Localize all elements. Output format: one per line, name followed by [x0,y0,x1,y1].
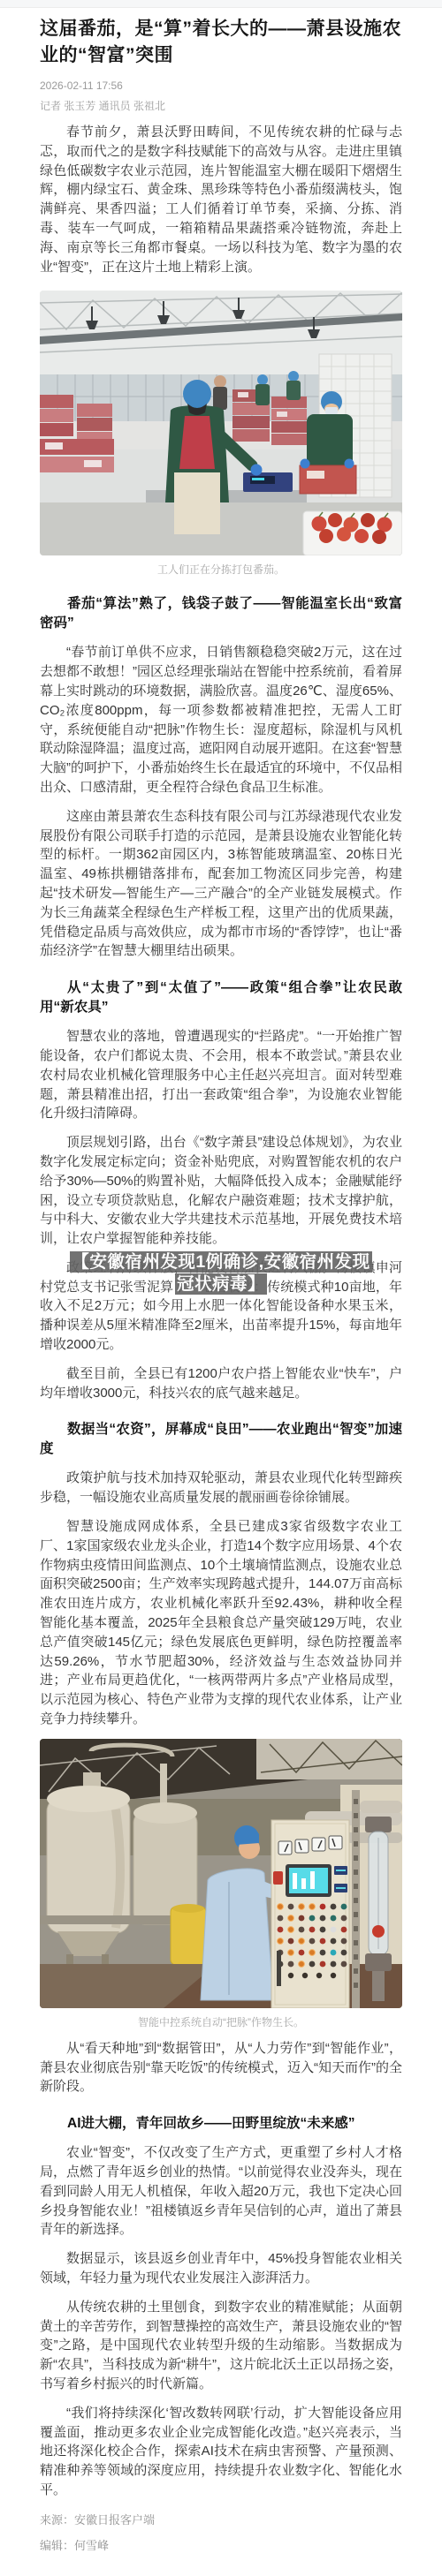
article-paragraph: 春节前夕，萧县沃野田畴间，不见传统农耕的忙碌与忐忑，取而代之的是数字科技赋能下的… [40,123,402,276]
article-paragraph: 顶层规划引路，出台《“数字萧县”建设总体规划》，为农业数字化发展定标定向；资金补… [40,1133,402,1249]
article-content: 这届番茄，是“算”着长大的——萧县设施农业的“智富”突围 2026-02-11 … [0,16,442,2576]
article-footer: 来源：安徽日报客户端 编辑：何雪峰 [40,2512,402,2553]
page-title: 这届番茄，是“算”着长大的——萧县设施农业的“智富”突围 [40,16,402,69]
section-heading-2: 从“太贵了”到“太值了”——政策“组合拳”让农民敢用“新农具” [40,978,402,1017]
article-paragraph: 政策护航与技术加持双轮驱动，萧县农业现代化转型蹄疾步稳，一幅设施农业高质量发展的… [40,1469,402,1507]
top-divider [0,0,442,8]
article-paragraph: “春节前订单供不应求，日销售额稳稳突破2万元，这在过去想都不敢想！”园区总经理张… [40,643,402,797]
section-heading-4: AI进大棚，青年回故乡——田野里绽放“未来感” [40,2114,402,2134]
article-photo-1 [40,291,402,555]
control-room-photo-illustration [40,1739,402,2008]
control-cabinet [271,1820,349,2008]
article-paragraph: 农业“智变”，不仅改变了生产方式，更重塑了乡村人才格局，点燃了青年返乡创业的热情… [40,2143,402,2240]
watermark-overlay: 【安徽宿州发现1例确诊,安徽宿州发现 冠状病毒】 [49,1251,393,1296]
section-heading-1: 番茄“算法”熟了，钱袋子鼓了——智能温室长出“致富密码” [40,594,402,633]
article-paragraph: 智慧设施成网成体系，全县已建成3家省级数字农业工厂、1家国家级农业龙头企业，打造… [40,1517,402,1729]
article-paragraph: 从“看天种地”到“数据管田”，从“人力劳作”到“智能作业”，萧县农业彻底告别“靠… [40,2039,402,2096]
byline: 记者 张玉芳 通讯员 张祖北 [40,100,402,113]
article-paragraph: 这座由萧县萧农生态科技有限公司与江苏绿港现代农业发展股份有限公司联手打造的示范园… [40,807,402,961]
article-paragraph: 从传统农耕的土里刨食，到数字农业的精准赋能；从面朝黄土的辛苦劳作，到智慧操控的高… [40,2298,402,2394]
photo-caption-2: 智能中控系统自动“把脉”作物生长。 [40,2016,402,2029]
packing-hall-photo-illustration [40,291,402,555]
source-line: 来源：安徽日报客户端 [40,2512,402,2527]
section-heading-3: 数据当“农资”，屏幕成“良田”——农业跑出“智变”加速度 [40,1420,402,1459]
watermark-line-1: 【安徽宿州发现1例确诊,安徽宿州发现 [70,1251,371,1273]
article-paragraph: 数据显示，该县返乡创业青年中，45%投身智能农业相关领域，年轻力量为现代农业发展… [40,2249,402,2288]
paragraph-with-watermark: 【安徽宿州发现1例确诊,安徽宿州发现 冠状病毒】 政策红利持续释放，智能设备加快… [40,1258,402,1355]
watermark-line-2: 冠状病毒】 [175,1273,267,1295]
article-paragraph: 智慧农业的落地，曾遭遇现实的“拦路虎”。“一开始推广智能设备，农户们都说太贵、不… [40,1027,402,1123]
publish-date: 2026-02-11 17:56 [40,79,402,93]
photo-caption-1: 工人们正在分拣打包番茄。 [40,563,402,577]
article-paragraph: 截至目前，全县已有1200户农户搭上智能农业“快车”，户均年增收3000元，科技… [40,1364,402,1403]
article-page: 这届番茄，是“算”着长大的——萧县设施农业的“智富”突围 2026-02-11 … [0,0,442,2576]
article-paragraph: “我们将持续深化‘智改数转网联’行动，扩大智能设备应用覆盖面，推动更多农业企业完… [40,2404,402,2500]
editor-line: 编辑：何雪峰 [40,2538,402,2553]
article-photo-2 [40,1739,402,2008]
